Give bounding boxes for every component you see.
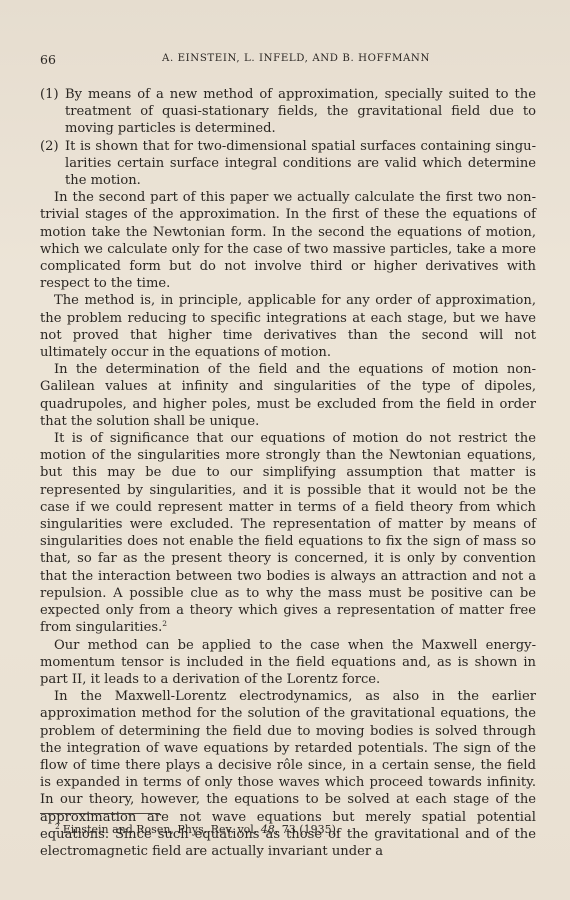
paragraph: In the second part of this paper we actu…	[40, 189, 536, 292]
list-label: (2)	[40, 138, 59, 155]
list-label: (1)	[40, 86, 59, 103]
paragraph-text: It is of significance that our equations…	[40, 431, 536, 635]
page-header: 66 A. EINSTEIN, L. INFELD, AND B. HOFFMA…	[40, 52, 536, 72]
footnote-text-end: , 73 (1935).	[275, 823, 340, 836]
list-item-text: By means of a new method of approximatio…	[65, 87, 536, 136]
footnote: 2Einstein and Rosen, Phys. Rev. vol. 48,…	[55, 822, 339, 836]
paragraph: The method is, in principle, applicable …	[40, 292, 536, 361]
footnote-volume: 48	[261, 823, 275, 836]
list-item: (1) By means of a new method of approxim…	[40, 86, 536, 138]
paragraph: Our method can be applied to the case wh…	[40, 637, 536, 689]
list-item-text: It is shown that for two-dimensional spa…	[65, 139, 536, 188]
paper-page: 66 A. EINSTEIN, L. INFELD, AND B. HOFFMA…	[0, 0, 570, 900]
footnote-divider	[40, 813, 160, 814]
paragraph: In the determination of the field and th…	[40, 361, 536, 430]
footnote-text: Einstein and Rosen, Phys. Rev. vol.	[63, 823, 261, 836]
list-item: (2) It is shown that for two-dimensional…	[40, 138, 536, 190]
footnote-mark: 2	[55, 822, 60, 831]
running-head: A. EINSTEIN, L. INFELD, AND B. HOFFMANN	[40, 53, 536, 64]
body-text: (1) By means of a new method of approxim…	[40, 86, 536, 860]
paragraph: It is of significance that our equations…	[40, 430, 536, 636]
footnote-reference[interactable]: 2	[162, 619, 167, 628]
